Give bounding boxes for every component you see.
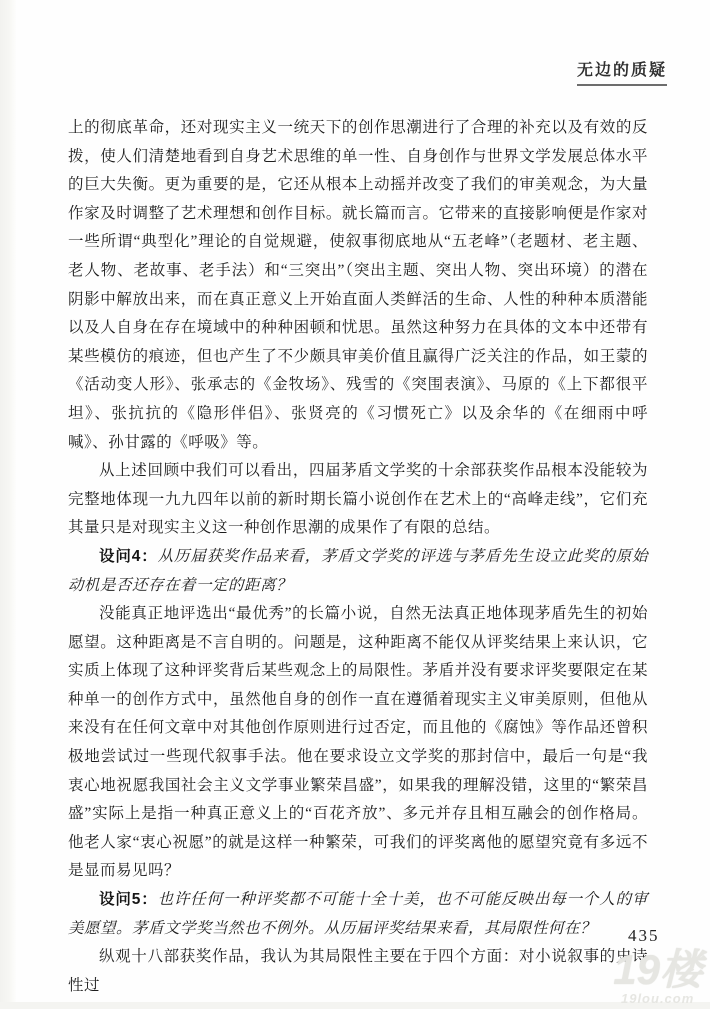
running-header: 无边的质疑 <box>577 57 667 86</box>
body-paragraph: 从上述回顾中我们可以看出，四届茅盾文学奖的十余部获奖作品根本没能较为完整地体现一… <box>68 457 648 543</box>
body-paragraphs: 上的彻底革命，还对现实主义一统天下的创作思潮进行了合理的补充以及有效的反拨，使人… <box>68 114 648 1000</box>
question-label: 设问5： <box>99 891 158 908</box>
watermark: 19楼 19lou.com <box>613 950 702 1006</box>
question-paragraph: 设问4：从历届获奖作品来看，茅盾文学奖的评选与茅盾先生设立此奖的原始动机是否还存… <box>68 543 648 600</box>
body-paragraph: 上的彻底革命，还对现实主义一统天下的创作思潮进行了合理的补充以及有效的反拨，使人… <box>68 114 648 457</box>
question-label: 设问4： <box>99 548 158 565</box>
body-paragraph: 没能真正地评选出“最优秀”的长篇小说，自然无法真正地体现茅盾先生的初始愿望。这种… <box>68 600 648 886</box>
body-paragraph: 纵观十八部获奖作品，我认为其局限性主要在于四个方面：对小说叙事的史诗性过 <box>68 943 648 1000</box>
page-number: 435 <box>628 926 660 946</box>
book-page: 无边的质疑 上的彻底革命，还对现实主义一统天下的创作思潮进行了合理的补充以及有效… <box>0 0 710 1009</box>
question-paragraph: 设问5：也许任何一种评奖都不可能十全十美，也不可能反映出每一个人的审美愿望。茅盾… <box>68 886 648 943</box>
watermark-url: 19lou.com <box>613 991 702 1006</box>
scan-edge-left <box>0 0 16 1009</box>
scan-edge-bottom <box>0 1002 710 1009</box>
watermark-logo: 19楼 <box>613 950 702 990</box>
